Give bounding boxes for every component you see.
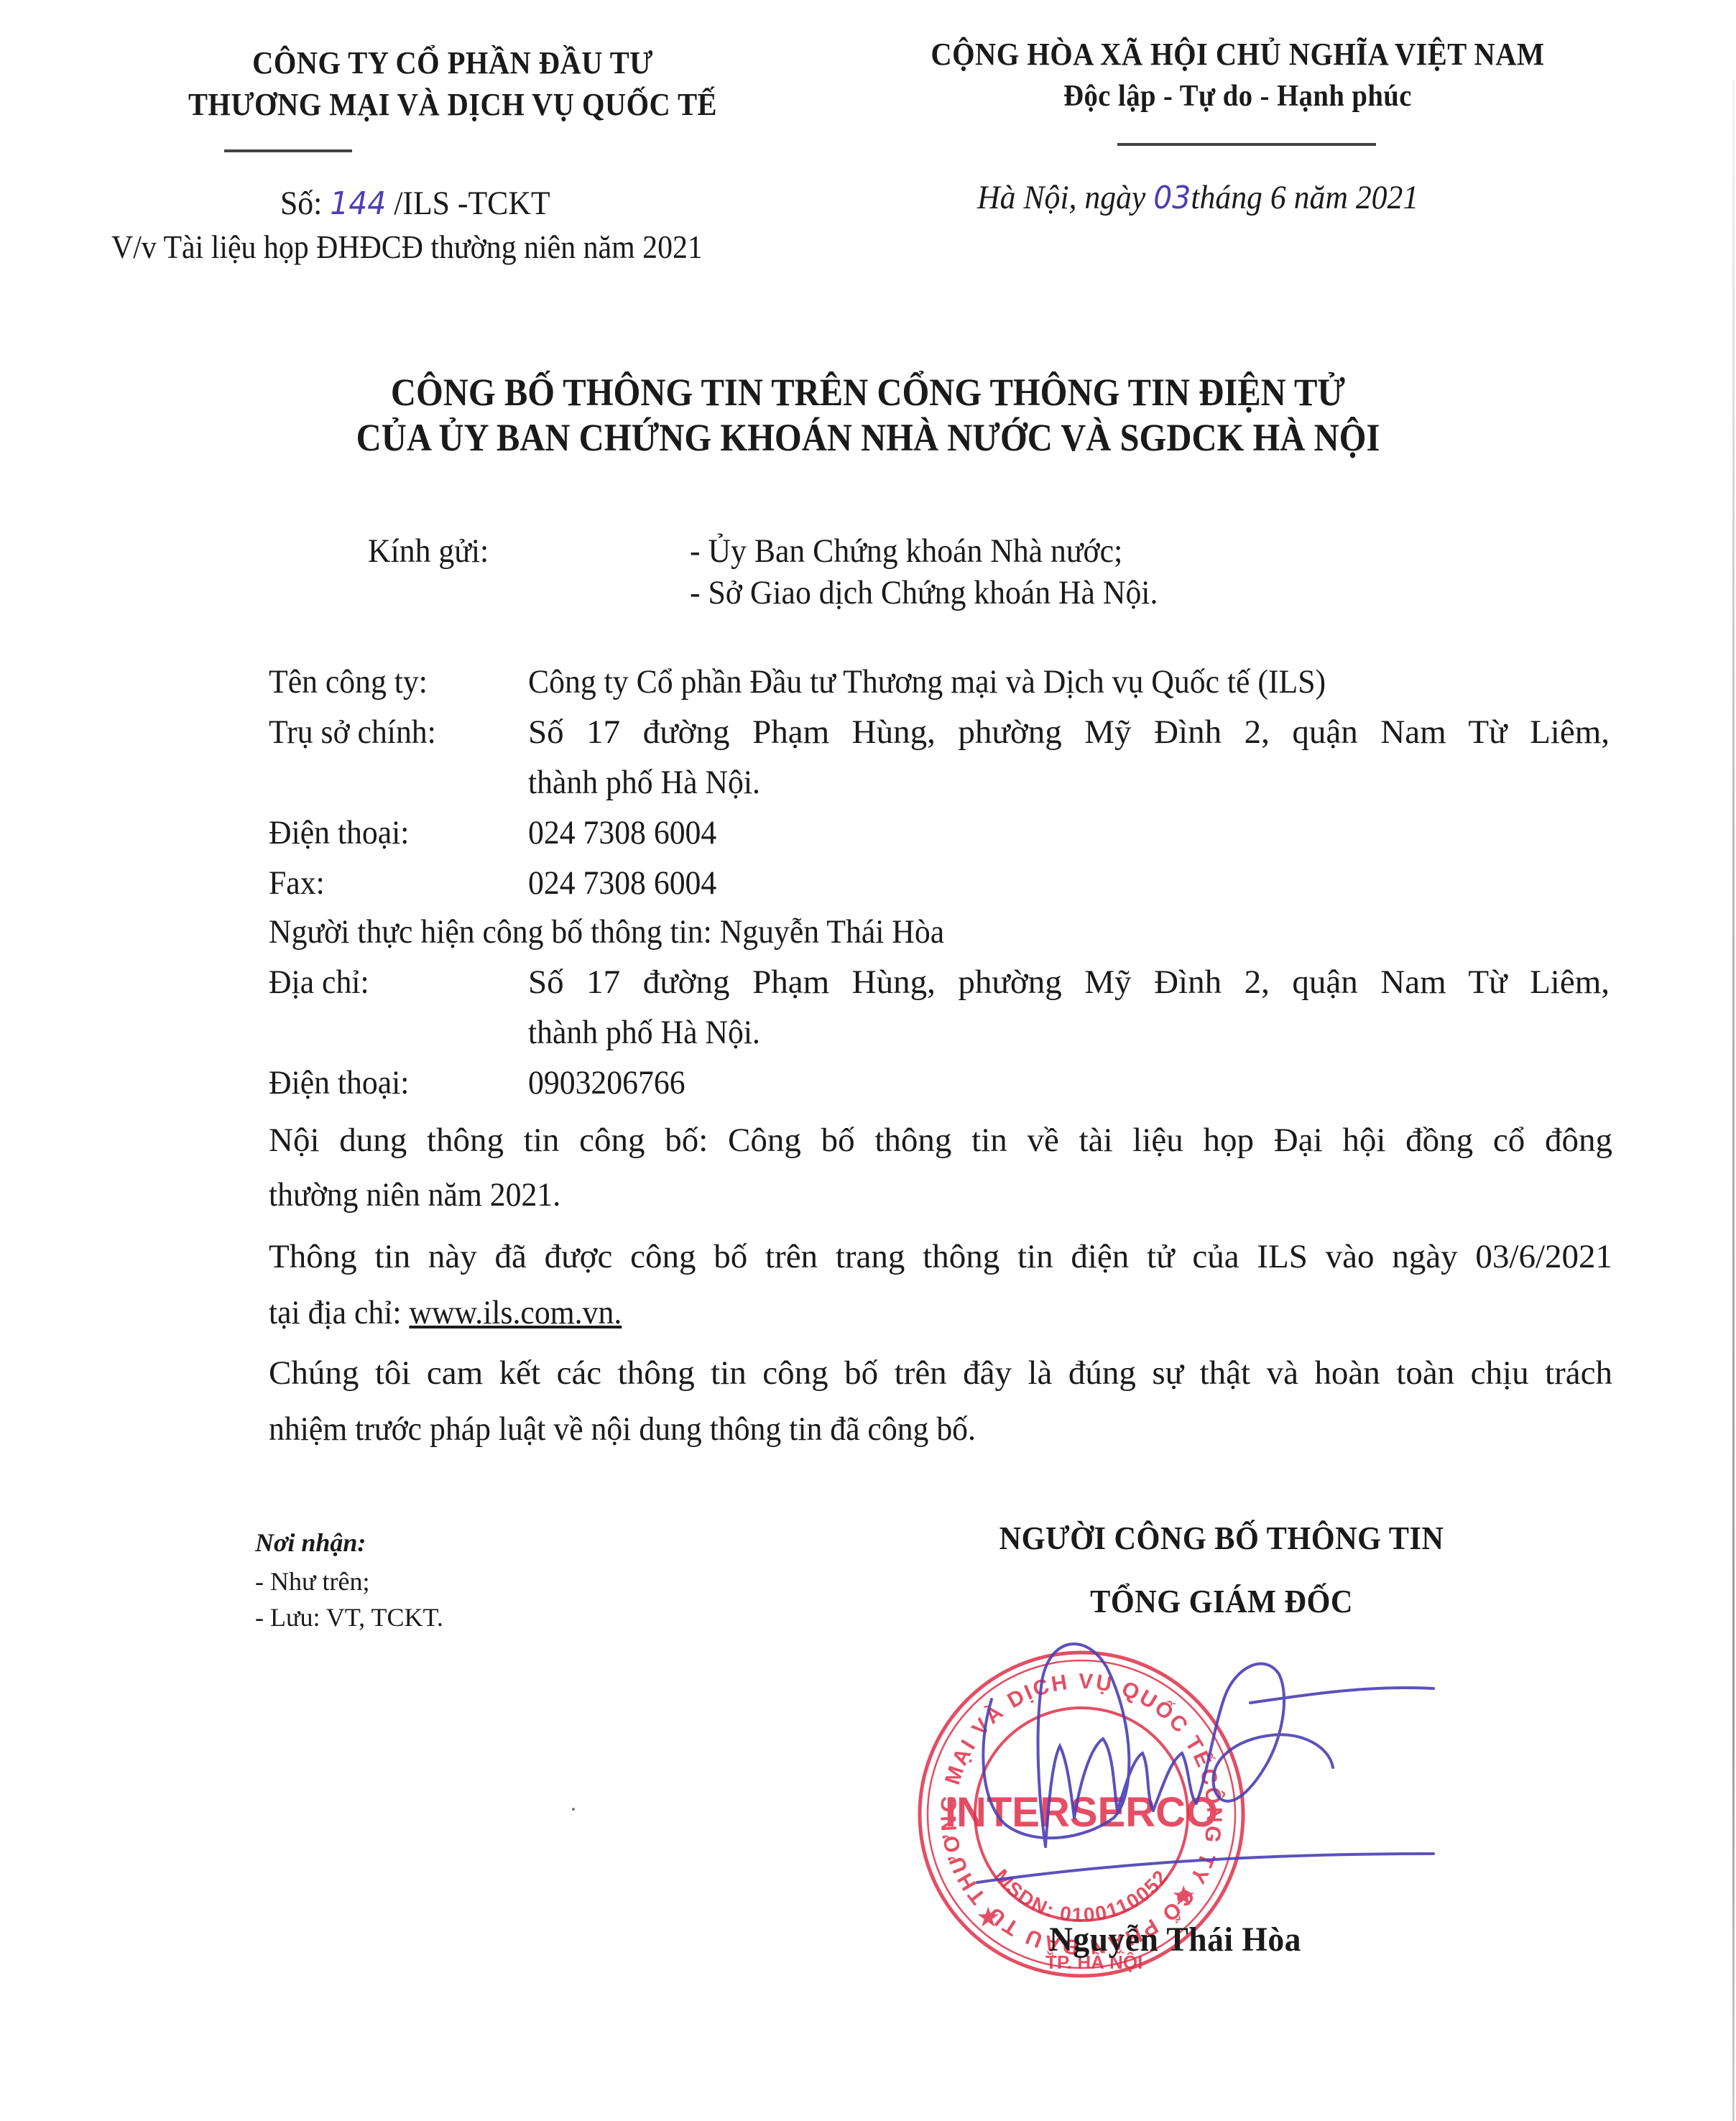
- company-name-label: Tên công ty:: [269, 662, 428, 701]
- disclosure-content-line1: Nội dung thông tin công bố: Công bố thôn…: [269, 1121, 1612, 1160]
- website-link[interactable]: www.ils.com.vn.: [409, 1294, 622, 1331]
- header-right-divider: [1117, 143, 1376, 146]
- fax-value: 024 7308 6004: [528, 864, 716, 902]
- date-suffix: tháng 6 năm 2021: [1191, 179, 1418, 216]
- place-date: Hà Nội, ngày 03tháng 6 năm 2021: [977, 178, 1418, 217]
- recipient-item: - Như trên;: [255, 1566, 369, 1596]
- document-title-line2: CỦA ỦY BAN CHỨNG KHOÁN NHÀ NƯỚC VÀ SGDCK…: [87, 415, 1649, 460]
- phone-value: 024 7308 6004: [528, 813, 716, 852]
- headquarters-value-line2: thành phố Hà Nội.: [528, 763, 760, 802]
- signer-role-line2: TỔNG GIÁM ĐỐC: [924, 1582, 1519, 1620]
- addressee-item: - Ủy Ban Chứng khoán Nhà nước;: [690, 532, 1122, 570]
- header-left-divider: [224, 149, 352, 152]
- signer-role-line1: NGƯỜI CÔNG BỐ THÔNG TIN: [924, 1519, 1519, 1557]
- address-value-line2: thành phố Hà Nội.: [528, 1013, 760, 1052]
- company-name-line2: THƯƠNG MẠI VÀ DỊCH VỤ QUỐC TẾ: [142, 86, 764, 123]
- addressee-item: - Sở Giao dịch Chứng khoán Hà Nội.: [690, 573, 1158, 612]
- published-line1: Thông tin này đã được công bố trên trang…: [269, 1237, 1612, 1276]
- recipients-heading: Nơi nhận:: [255, 1528, 366, 1558]
- company-name-value: Công ty Cổ phần Đầu tư Thương mại và Dịc…: [528, 662, 1326, 701]
- commitment-line1: Chúng tôi cam kết các thông tin công bố …: [269, 1354, 1612, 1392]
- signer-name: Nguyễn Thái Hòa: [1049, 1920, 1301, 1959]
- addressee-label: Kính gửi:: [368, 532, 489, 570]
- doc-number-handwritten: 144: [330, 185, 386, 222]
- discloser-phone-value: 0903206766: [528, 1063, 685, 1102]
- company-name-line1: CÔNG TY CỔ PHẦN ĐẦU TƯ: [142, 45, 764, 81]
- date-prefix: Hà Nội, ngày: [977, 179, 1145, 216]
- address-label: Địa chỉ:: [269, 963, 369, 1002]
- published-address-prefix: tại địa chỉ:: [269, 1294, 401, 1331]
- handwritten-signature-icon: [898, 1617, 1545, 1947]
- recipient-item: - Lưu: VT, TCKT.: [255, 1602, 443, 1632]
- document-title-line1: CÔNG BỐ THÔNG TIN TRÊN CỔNG THÔNG TIN ĐI…: [87, 370, 1649, 415]
- doc-number-suffix: /ILS -TCKT: [394, 185, 550, 222]
- phone-label: Điện thoại:: [269, 813, 409, 852]
- address-value-line1: Số 17 đường Phạm Hùng, phường Mỹ Đình 2,…: [528, 963, 1610, 1002]
- national-motto: Độc lập - Tự do - Hạnh phúc: [869, 79, 1607, 114]
- doc-subject: V/v Tài liệu họp ĐHĐCĐ thường niên năm 2…: [111, 228, 703, 266]
- nation-name: CỘNG HÒA XÃ HỘI CHỦ NGHĨA VIỆT NAM: [869, 36, 1607, 73]
- scan-speck: [572, 1808, 575, 1811]
- date-day-handwritten: 03: [1153, 180, 1191, 216]
- page-edge-shadow: [1732, 79, 1735, 2121]
- doc-number: Số: 144 /ILS -TCKT: [280, 184, 550, 223]
- headquarters-label: Trụ sở chính:: [269, 713, 436, 752]
- doc-number-prefix: Số:: [280, 185, 322, 222]
- fax-label: Fax:: [269, 864, 325, 902]
- discloser-line: Người thực hiện công bố thông tin: Nguyễ…: [269, 912, 944, 951]
- discloser-phone-label: Điện thoại:: [269, 1063, 409, 1102]
- commitment-line2: nhiệm trước pháp luật về nội dung thông …: [269, 1410, 976, 1448]
- headquarters-value-line1: Số 17 đường Phạm Hùng, phường Mỹ Đình 2,…: [528, 713, 1610, 752]
- disclosure-content-line2: thường niên năm 2021.: [269, 1175, 560, 1214]
- published-line2: tại địa chỉ: www.ils.com.vn.: [269, 1293, 622, 1332]
